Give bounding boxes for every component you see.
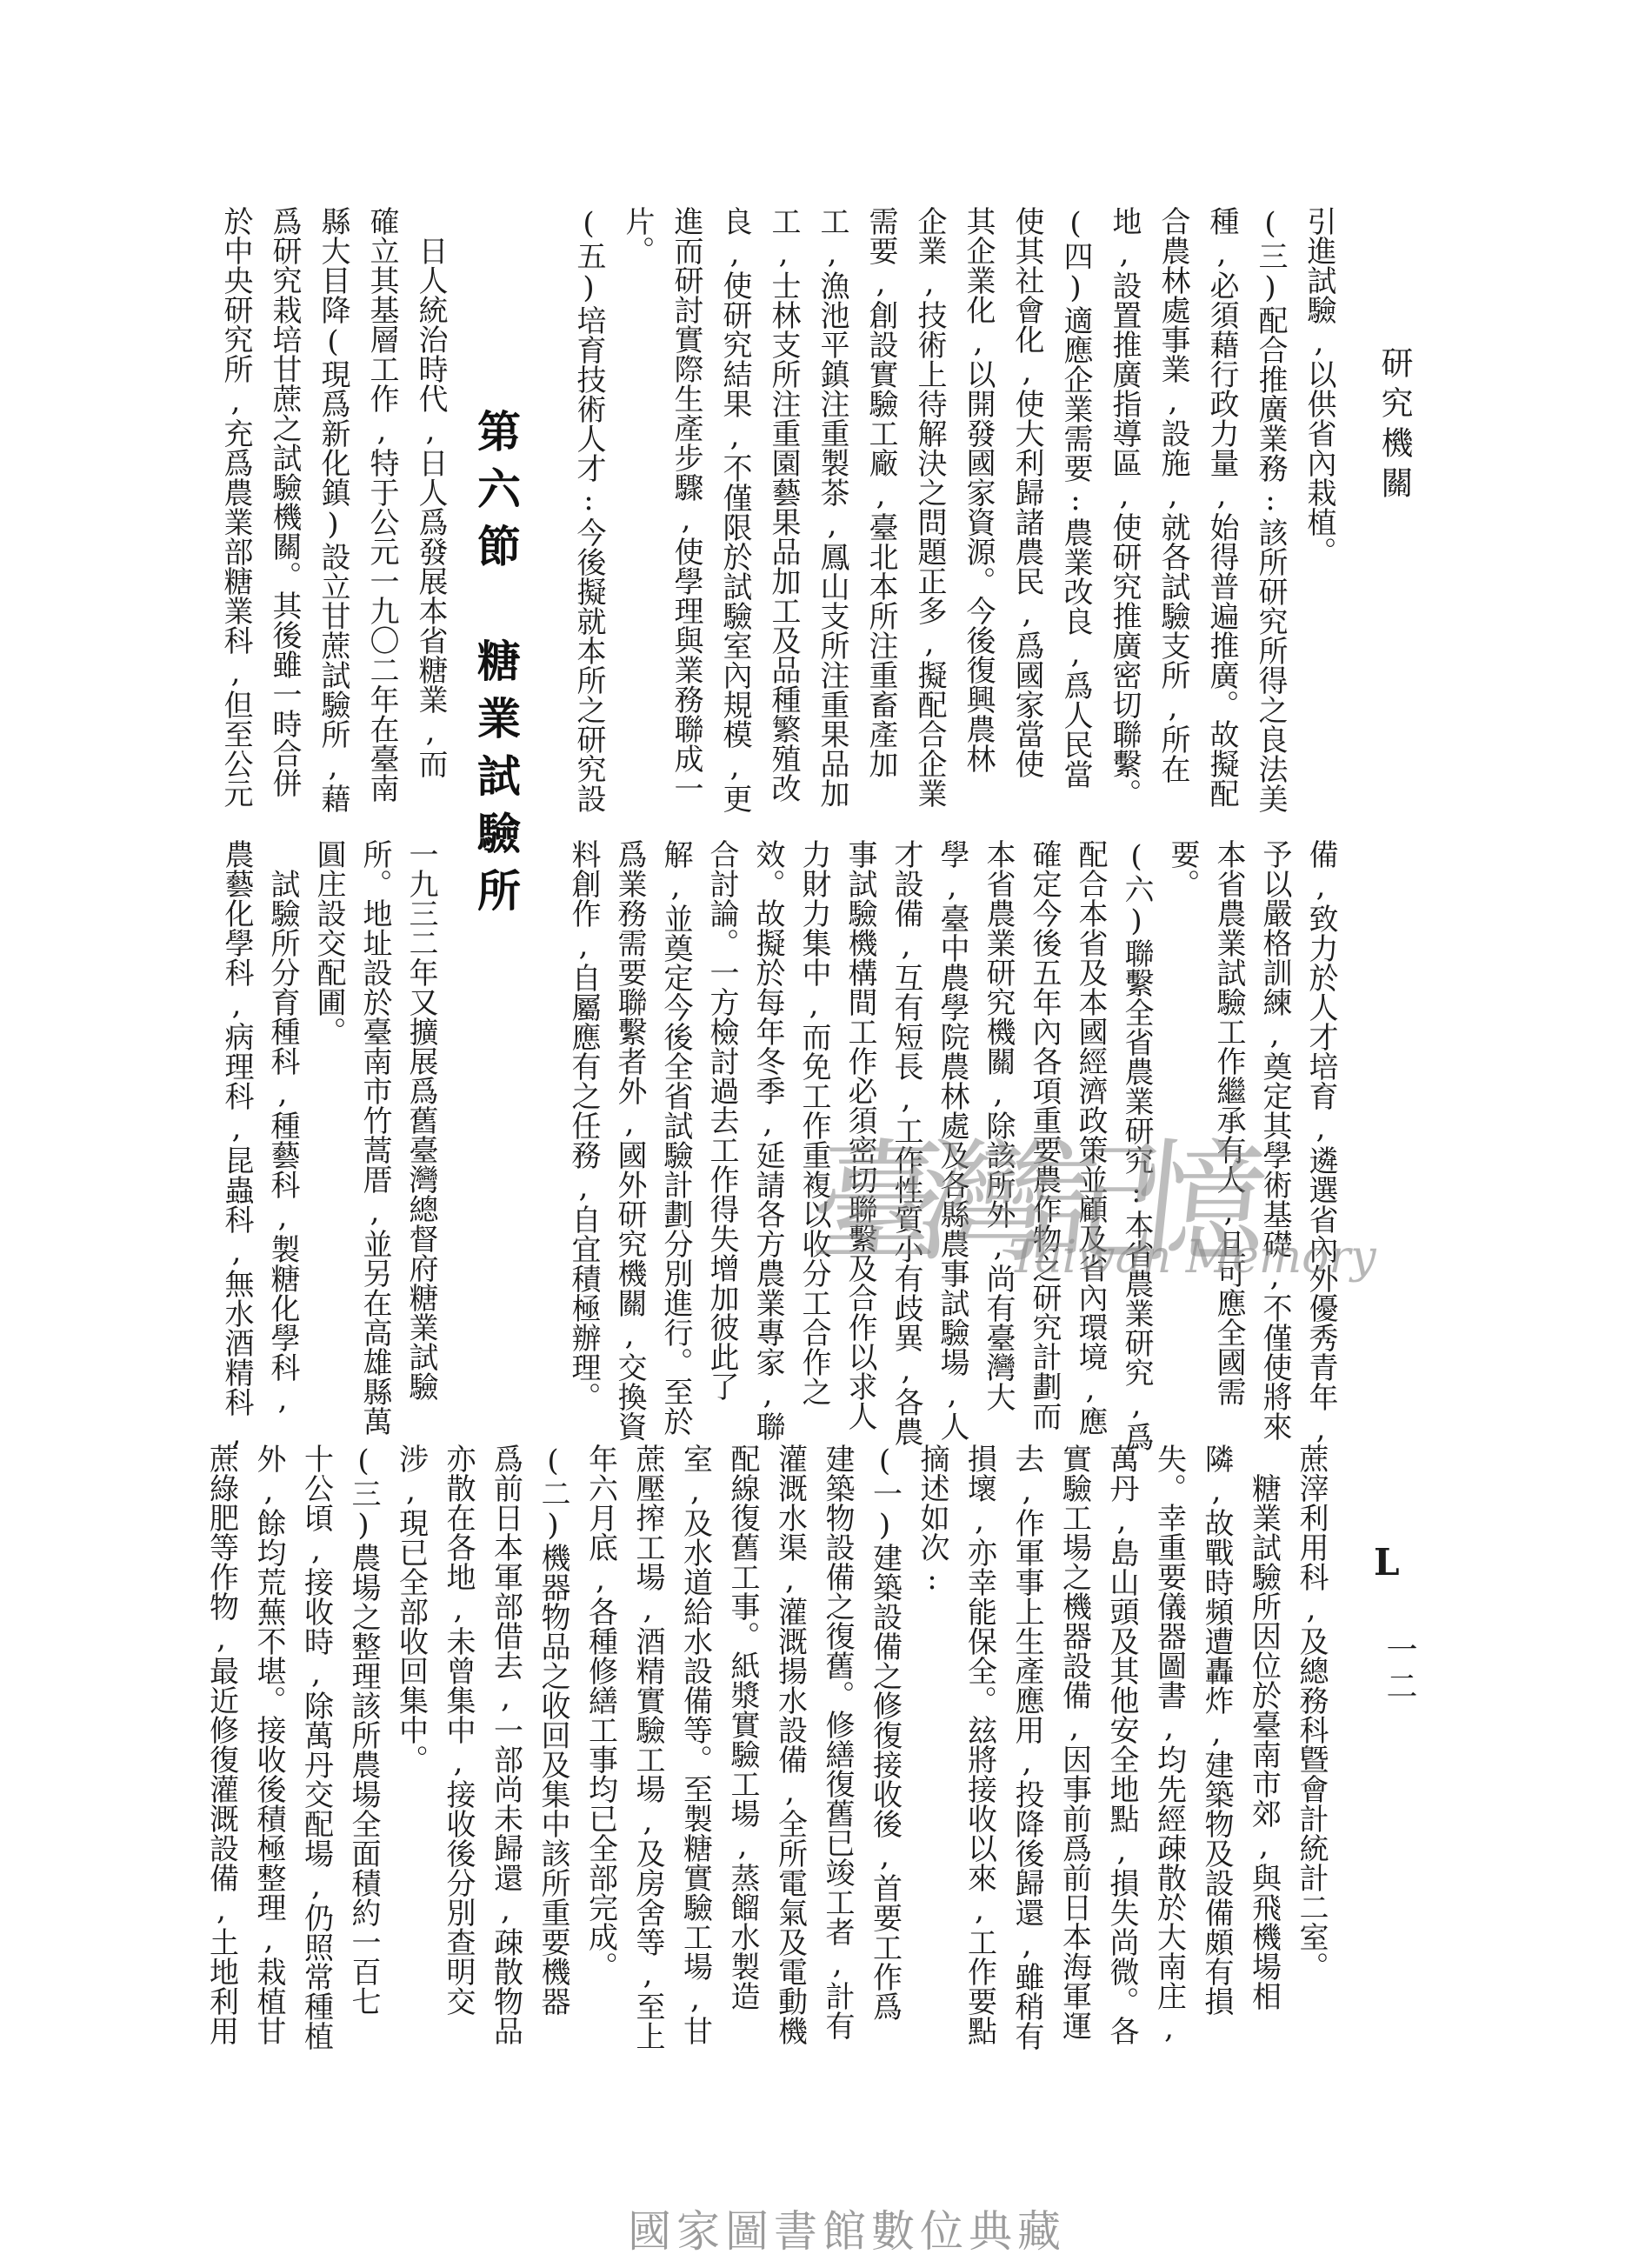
text-column: 爲研究栽培甘蔗之試驗機關。其後雖一時合併 (260, 206, 309, 830)
text-column: 灌溉水渠,灌溉揚水設備,全所電氣及電動機 (766, 1444, 814, 2087)
text-column: 於中央研究所,充爲農業部糖業科,但至公元 (211, 206, 260, 830)
folio-letter: L (1374, 1541, 1400, 1584)
text-band-top-right: 引進試驗,以供省內栽植。(三)配合推廣業務:該所研究所得之良法美種,必須藉行政力… (564, 206, 1343, 830)
text-band-middle-left: 一九三二年又擴展爲舊臺灣總督府糖業試驗所。地址設於臺南市竹蒿厝,並另在高雄縣萬圓… (213, 839, 443, 1461)
text-column: 工,漁池平鎮注重製茶,鳳山支所注重果品加 (808, 206, 856, 830)
running-header: 研究機關 (1370, 346, 1417, 506)
text-column: 萬丹,島山頭及其他安全地點,損失尚微。各 (1098, 1444, 1146, 2087)
text-column: 合討論。一方檢討過去工作得失增加彼此了 (698, 839, 744, 1461)
scanned-book-page: 研究機關 引進試驗,以供省內栽植。(三)配合推廣業務:該所研究所得之良法美種,必… (0, 0, 1652, 2261)
text-column: (一)建築設備之修復接收後,首要工作爲 (861, 1444, 909, 2087)
text-column: 需要,創設實驗工廠,臺北本所注重畜產加 (856, 206, 905, 830)
text-column: 種,必須藉行政力量,始得普遍推廣。故擬配 (1197, 206, 1246, 830)
library-footer-caption: 國家圖書館數位典藏 (628, 2197, 1066, 2259)
text-column: 其企業化,以開發國家資源。今後復興農林 (954, 206, 1003, 830)
text-column: 工,士林支所注重園藝果品加工及品種繁殖改 (759, 206, 808, 830)
text-band-bottom: 蔗滓利用科,及總務科曁會計統計二室。 糖業試驗所因位於臺南市郊,與飛機場相隣,故… (196, 1444, 1335, 2087)
text-column: 一九三二年又擴展爲舊臺灣總督府糖業試驗 (397, 839, 443, 1461)
text-column: 試驗所分育種科,種藝科,製糖化學科, (259, 839, 305, 1461)
text-column: 片。 (613, 206, 662, 830)
text-column: 進而研討實際生產步驟,使學理與業務聯成一 (662, 206, 710, 830)
text-column: 備,致力於人才培育,遴選省內外優秀青年, (1297, 839, 1343, 1461)
text-column: 企業,技術上待解決之問題正多,擬配合企業 (905, 206, 954, 830)
text-column: 年六月底,各種修繕工事均已全部完成。 (576, 1444, 624, 2087)
text-column: 圓庄設交配圃。 (305, 839, 351, 1461)
text-column: 建築物設備之復舊。修繕復舊已竣工者,計有 (814, 1444, 862, 2087)
text-column: 蔗壓搾工場,酒精實驗工場,及房舍等,至上 (624, 1444, 672, 2087)
text-column: 去,作軍事上生產應用,投降後歸還,雖稍有 (1003, 1444, 1051, 2087)
text-column: 地,設置推廣指導區,使研究推廣密切聯繫。 (1100, 206, 1149, 830)
text-column: 爲前日本軍部借去,一部尚未歸還,疎散物品 (482, 1444, 530, 2087)
text-column: 失。幸重要儀器圖書,均先經疎散於大南庄, (1145, 1444, 1193, 2087)
text-column: 所。地址設於臺南市竹蒿厝,並另在高雄縣萬 (351, 839, 397, 1461)
text-column: (五)培育技術人才:今後擬就本所之研究設 (564, 206, 613, 830)
text-column: 爲業務需要聯繫者外,國外研究機關,交換資 (606, 839, 652, 1461)
text-column: 效。故擬於每年冬季,延請各方農業專家,聯 (744, 839, 790, 1461)
text-column: 損壞,亦幸能保全。玆將接收以來,工作要點 (956, 1444, 1003, 2087)
text-column: (三)農場之整理該所農場全面積約一百七 (340, 1444, 388, 2087)
text-column: 日人統治時代,日人爲發展本省糖業,而 (406, 206, 455, 830)
text-column: 使其社會化,使大利歸諸農民,爲國家當使 (1003, 206, 1051, 830)
text-column: 引進試驗,以供省內栽植。 (1295, 206, 1343, 830)
text-column: 外,餘均荒蕪不堪。接收後積極整理,栽植甘 (245, 1444, 293, 2087)
text-column: (四)適應企業需要:農業改良,爲人民當 (1051, 206, 1100, 830)
text-column: 農藝化學科,病理科,昆蟲科,無水酒精科, (213, 839, 259, 1461)
text-column: (二)機器物品之收回及集中該所重要機器 (530, 1444, 577, 2087)
section-title: 第六節 糖業試驗所 (464, 409, 527, 1017)
text-column: 隣,故戰時頻遭轟炸,建築物及設備頗有損 (1193, 1444, 1241, 2087)
text-column: 十公頃,接收時,除萬丹交配場,仍照常種植 (292, 1444, 340, 2087)
taiwan-memory-watermark-latin: Taiwan Memory (1009, 1231, 1376, 1284)
text-column: 料創作,自屬應有之任務,自宜積極辦理。 (560, 839, 606, 1461)
text-column: 室,及水道給水設備等。至製糖實驗工場,甘 (671, 1444, 719, 2087)
text-column: 良,使研究結果,不僅限於試驗室內規模,更 (710, 206, 759, 830)
text-column: 亦散在各地,未曾集中,接收後分別查明交 (435, 1444, 483, 2087)
text-column: 縣大目降(現爲新化鎮)設立甘蔗試驗所,藉 (309, 206, 357, 830)
text-column: 實驗工場之機器設備,因事前爲前日本海軍運 (1050, 1444, 1098, 2087)
text-column: (三)配合推廣業務:該所研究所得之良法美 (1246, 206, 1295, 830)
text-column: 配線復舊工事。紙漿實驗工場,蒸餾水製造 (719, 1444, 767, 2087)
text-column: 摘述如次: (909, 1444, 956, 2087)
text-column: 蔗滓利用科,及總務科曁會計統計二室。 (1288, 1444, 1336, 2087)
text-band-top-left: 日人統治時代,日人爲發展本省糖業,而確立其基層工作,特于公元一九〇二年在臺南縣大… (211, 206, 455, 830)
text-column: 確立其基層工作,特于公元一九〇二年在臺南 (357, 206, 406, 830)
text-column: 蔗綠肥等作物,最近修復灌溉設備,土地利用 (197, 1444, 245, 2087)
page-number: 一二 (1377, 1633, 1422, 1706)
text-column: 合農林處事業,設施,就各試驗支所,所在 (1149, 206, 1197, 830)
text-column: 糖業試驗所因位於臺南市郊,與飛機場相 (1240, 1444, 1288, 2087)
text-column: 涉,現已全部收回集中。 (387, 1444, 435, 2087)
text-column: 解,並奠定今後全省試驗計劃分別進行。至於 (652, 839, 698, 1461)
